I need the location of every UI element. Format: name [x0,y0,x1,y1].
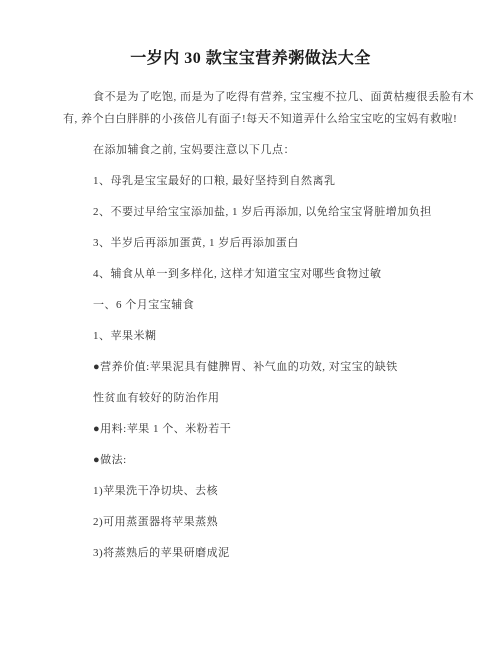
recipe-title: 1、苹果米糊 [63,325,438,347]
ingredients-line: ●用料:苹果 1 个、米粉若干 [63,418,438,440]
intro-paragraph-line-2: 有, 养个白白胖胖的小孩倍儿有面子!每天不知道弄什么给宝宝吃的宝妈有救啦! [63,108,438,130]
document-content: 一岁内 30 款宝宝营养粥做法大全 食不是为了吃饱, 而是为了吃得有营养, 宝宝… [0,48,502,564]
tip-item-3: 3、半岁后再添加蛋黄, 1 岁后再添加蛋白 [63,232,438,254]
intro-paragraph-line-1: 食不是为了吃饱, 而是为了吃得有营养, 宝宝瘦不拉几、面黄枯瘦很丢脸有木 [63,86,438,108]
method-step-2: 2)可用蒸蛋器将苹果蒸熟 [63,511,438,533]
method-heading: ●做法: [63,449,438,471]
document-page: 一岁内 30 款宝宝营养粥做法大全 食不是为了吃饱, 而是为了吃得有营养, 宝宝… [0,0,502,649]
tip-item-2: 2、不要过早给宝宝添加盐, 1 岁后再添加, 以免给宝宝肾脏增加负担 [63,201,438,223]
section-heading: 一、6 个月宝宝辅食 [63,294,438,316]
nutrition-value-line-2: 性贫血有较好的防治作用 [63,387,438,409]
document-title: 一岁内 30 款宝宝营养粥做法大全 [63,48,438,70]
method-step-1: 1)苹果洗干净切块、去核 [63,480,438,502]
tip-item-1: 1、母乳是宝宝最好的口粮, 最好坚持到自然离乳 [63,170,438,192]
method-step-3: 3)将蒸熟后的苹果研磨成泥 [63,542,438,564]
notice-heading: 在添加辅食之前, 宝妈要注意以下几点： [63,139,438,161]
tip-item-4: 4、辅食从单一到多样化, 这样才知道宝宝对哪些食物过敏 [63,263,438,285]
nutrition-value-line-1: ●营养价值:苹果泥具有健脾胃、补气血的功效, 对宝宝的缺铁 [63,356,438,378]
